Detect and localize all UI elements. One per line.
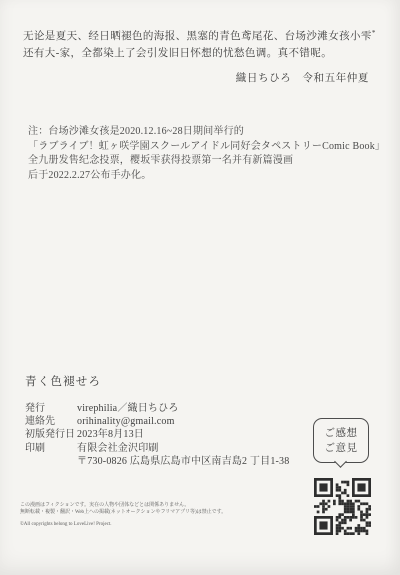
colophon-label: [25, 455, 77, 468]
colophon-label: 連絡先: [25, 415, 77, 428]
publication-info-table: 発行 virephilia／織日ちひろ 連絡先 orihinality@gmai…: [25, 402, 289, 468]
colophon-label: 発行: [25, 402, 77, 415]
table-row: 発行 virephilia／織日ちひろ: [25, 402, 289, 415]
disclaimer-line-2: 無断転載・複製・翻訳・Web上への掲載(ネットオークションやフリマアプリ等)は禁…: [20, 509, 290, 516]
footnote-line-3: 全九册发售纪念投票，樱坂雫获得投票第一名并有新篇漫画: [28, 154, 390, 169]
colophon-value: 2023年8月13日: [77, 428, 144, 441]
intro-paragraph: 无论是夏天、经日晒褪色的海报、黑塞的青色鸢尾花、台场沙滩女孩小雫* 还有大-家，…: [23, 28, 383, 62]
intro-line-1: 无论是夏天、经日晒褪色的海报、黑塞的青色鸢尾花、台场沙滩女孩小雫: [23, 31, 372, 42]
colophon-page: 无论是夏天、经日晒褪色的海报、黑塞的青色鸢尾花、台场沙滩女孩小雫* 还有大-家，…: [0, 0, 400, 575]
book-title: 青く色褪せろ: [25, 373, 101, 389]
feedback-line-1: ご感想: [314, 426, 368, 441]
footnote-line-1: 注：台场沙滩女孩是2020.12.16~28日期间举行的: [28, 125, 390, 140]
fine-print-block: この漫画はフィクションです。実在の人物や団体などとは関係ありません。 無断転載・…: [20, 502, 290, 528]
colophon-value: virephilia／織日ちひろ: [77, 402, 179, 415]
table-row: 〒730-0826 広島県広島市中区南吉島2 丁目1-38: [25, 455, 289, 468]
table-row: 初版発行日 2023年8月13日: [25, 428, 289, 441]
footnote-line-2: 「ラブライブ！虹ヶ咲学園スクールアイドル同好会タペストリーComic Book」: [28, 140, 390, 155]
colophon-label: 印刷: [25, 442, 77, 455]
qr-code-icon: [314, 478, 371, 535]
colophon-value: orihinality@gmail.com: [77, 415, 175, 428]
disclaimer-line-1: この漫画はフィクションです。実在の人物や団体などとは関係ありません。: [20, 502, 290, 509]
copyright-line: ©All copyrights belong to LoveLive! Proj…: [20, 521, 290, 528]
table-row: 印刷 有限会社金沢印刷: [25, 442, 289, 455]
footnote-marker: *: [372, 29, 376, 37]
footnote-line-4: 后于2022.2.27公布手办化。: [28, 169, 390, 184]
feedback-line-2: ご意見: [314, 441, 368, 456]
colophon-value: 〒730-0826 広島県広島市中区南吉島2 丁目1-38: [77, 455, 289, 468]
table-row: 連絡先 orihinality@gmail.com: [25, 415, 289, 428]
author-signature: 織日ちひろ 令和五年仲夏: [236, 70, 369, 85]
colophon-value: 有限会社金沢印刷: [77, 442, 159, 455]
colophon-label: 初版発行日: [25, 428, 77, 441]
footnote-block: 注：台场沙滩女孩是2020.12.16~28日期间举行的 「ラブライブ！虹ヶ咲学…: [28, 125, 390, 183]
intro-line-2: 还有大-家，全都染上了会引发旧日怀想的忧愁色调。真不错呢。: [23, 48, 332, 59]
